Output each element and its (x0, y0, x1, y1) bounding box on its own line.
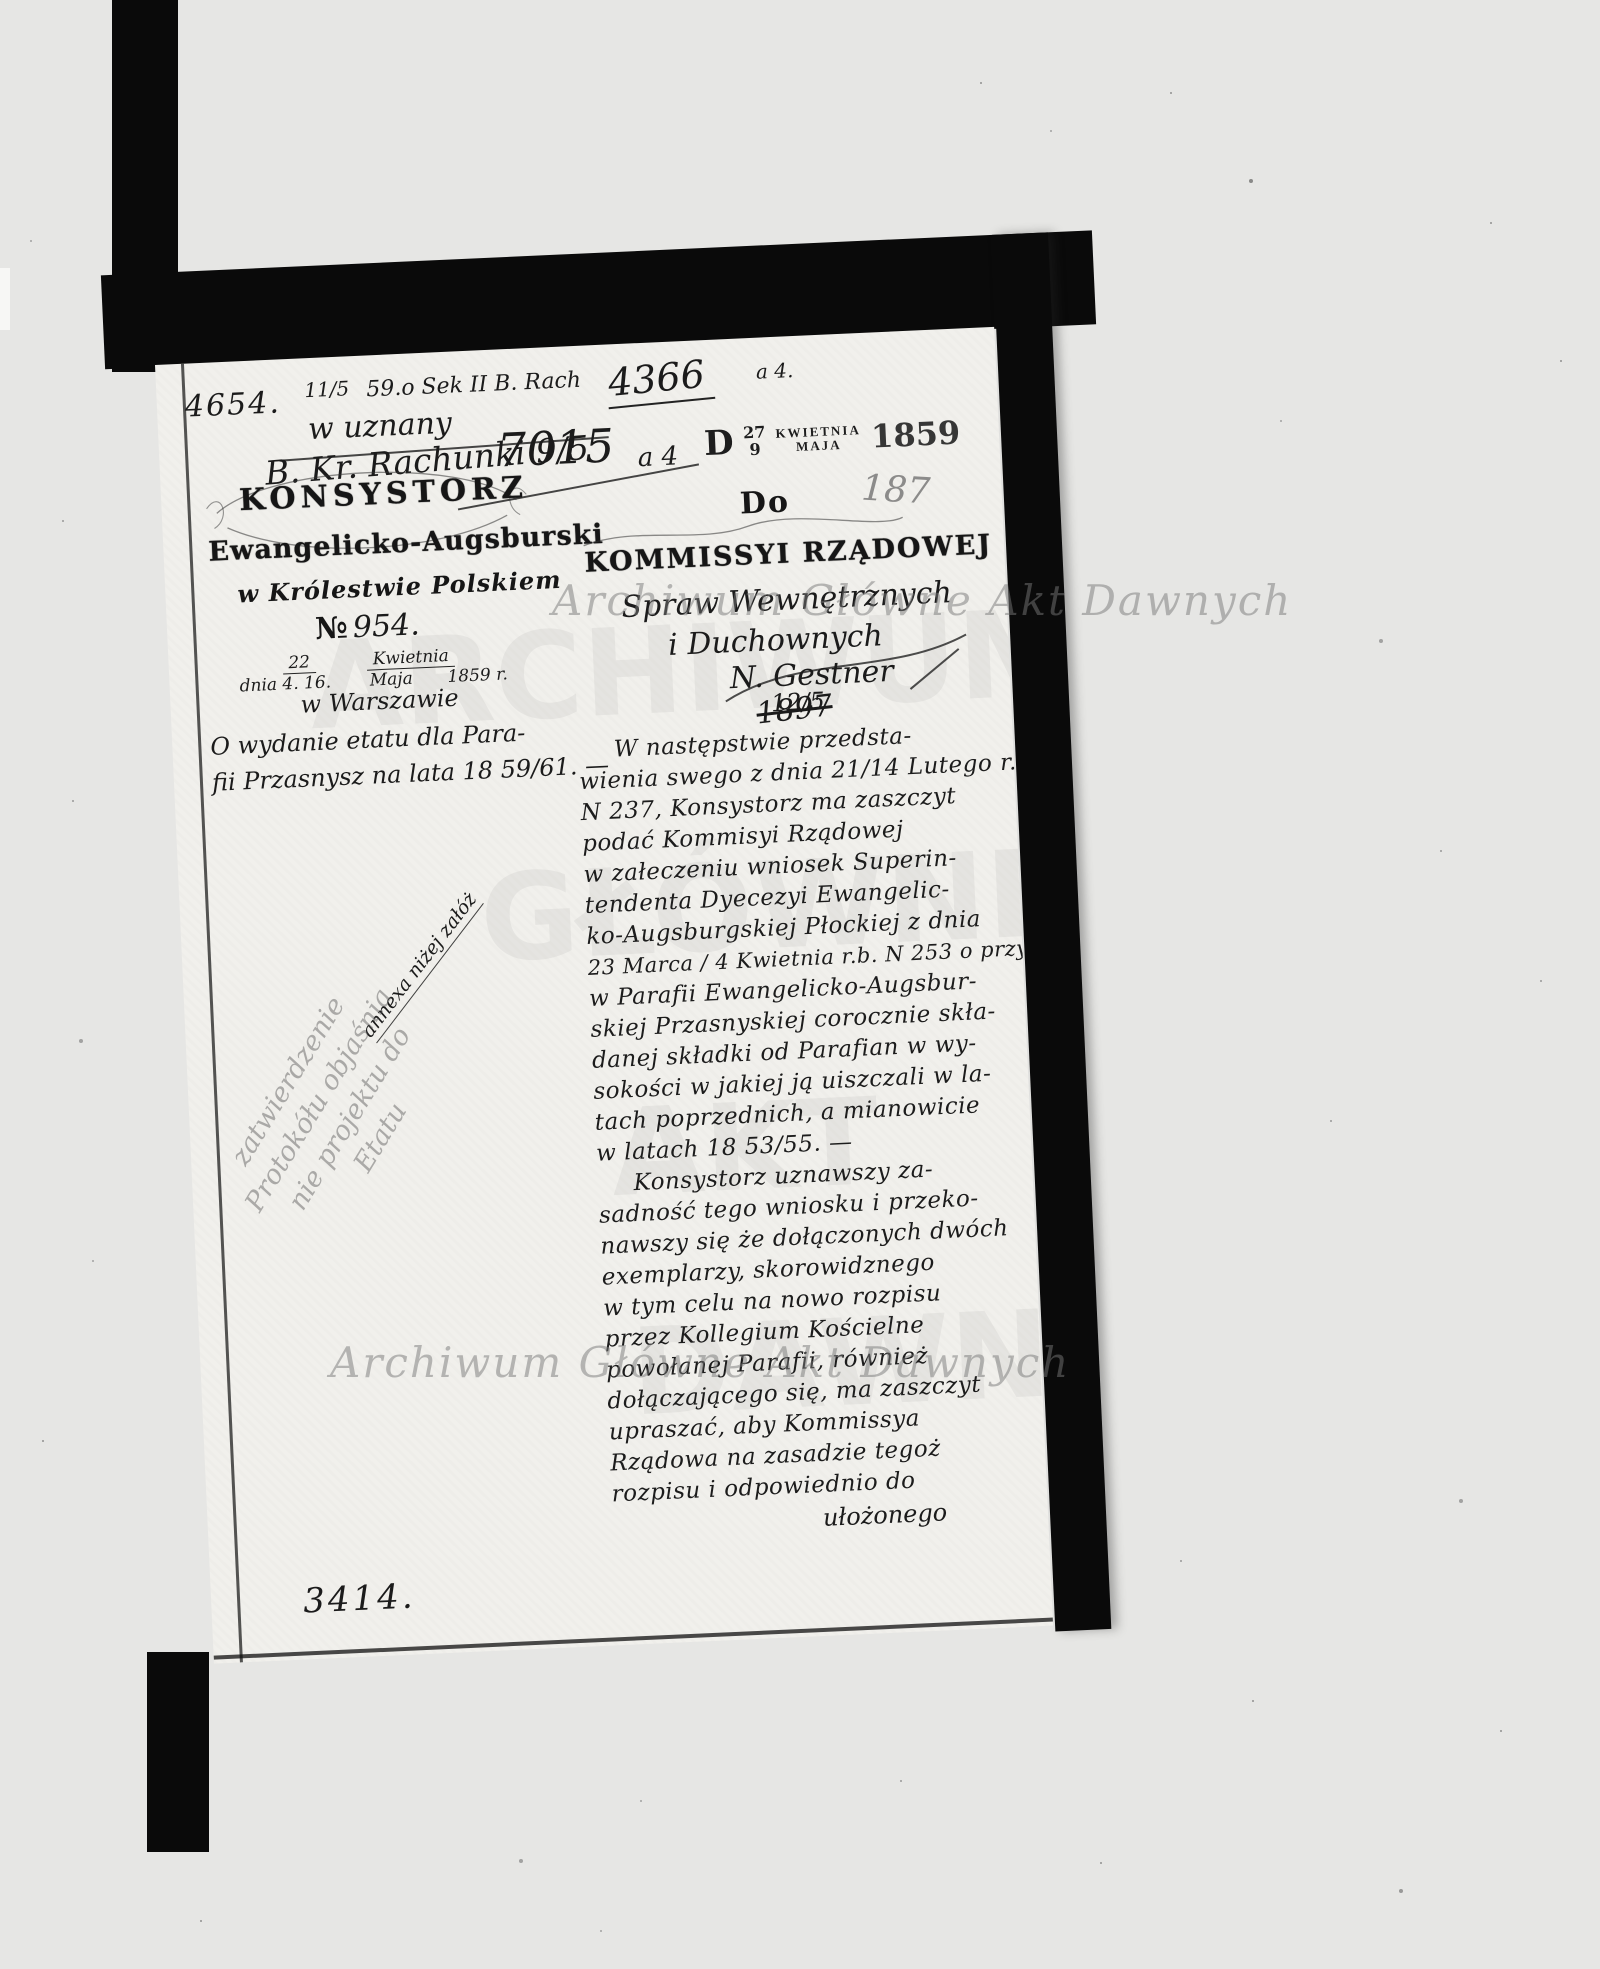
letterhead-kingdom-line: w Królestwie Polskiem (237, 565, 562, 609)
frame-number: 3414. (302, 1576, 416, 1621)
registry-big-number: 7015 (496, 418, 615, 477)
registry-number-right-suffix: a 4. (755, 358, 793, 384)
margin-pencil-note: zatwierdzenieProtokółu objaśnianie proje… (207, 963, 463, 1256)
pencil-page-number: 187 (860, 468, 931, 513)
document-page: ARCHIWUM GŁÓWNE AKT DAWNYCH 4654. 11/5 5… (155, 327, 1053, 1664)
body-text: W następstwie przedsta-wienia swego z dn… (577, 716, 1047, 1510)
letterhead-subtitle: Ewangelicko-Augsburski (208, 519, 604, 568)
archive-watermark: Archiwum Główne Akt Dawnych (552, 576, 1292, 625)
letter-number-value: 954. (352, 607, 420, 645)
registry-date-fraction: 11/5 (304, 376, 350, 402)
archive-watermark: Archiwum Główne Akt Dawnych (330, 1338, 1070, 1387)
recipient-title: KOMMISSYI RZĄDOWEJ (584, 529, 993, 578)
registry-number-right: 4366 (604, 351, 715, 409)
film-edge-bar-bottom-left (147, 1652, 209, 1852)
date-stamp-d: D (703, 423, 734, 464)
subject-block: O wydanie etatu dla Para- fii Przasnysz … (210, 713, 553, 800)
film-scratch (0, 268, 10, 330)
page-bottom-edge-line (214, 1617, 1053, 1659)
date-stamp-month-bottom: MAJA (796, 438, 842, 454)
letterhead-number-line: № 954. (314, 607, 420, 647)
recipient-do-label: Do (739, 484, 791, 521)
registry-number-left: 4654. (184, 385, 281, 424)
date-stamp-day-bottom: 9 (749, 442, 761, 459)
date-stamp-day-fraction: 27 9 (743, 425, 767, 460)
date-stamp: D 27 9 KWIETNIA MAJA 1859 (703, 413, 961, 465)
film-dust-specks (0, 0, 2, 2)
catchword: ułożonego (822, 1498, 947, 1532)
paper-sheet: ARCHIWUM GŁÓWNE AKT DAWNYCH 4654. 11/5 5… (155, 327, 1053, 1664)
dateline-day-ns: 22 (282, 652, 317, 675)
date-stamp-year: 1859 (870, 414, 961, 456)
registry-reference: 59.o Sek II B. Rach (366, 368, 582, 403)
number-sign: № (314, 611, 348, 647)
date-stamp-months: KWIETNIA MAJA (775, 423, 862, 454)
microfilm-scan: { "colors": {"film_bg": "#e6e6e4", "pape… (0, 0, 1600, 1969)
